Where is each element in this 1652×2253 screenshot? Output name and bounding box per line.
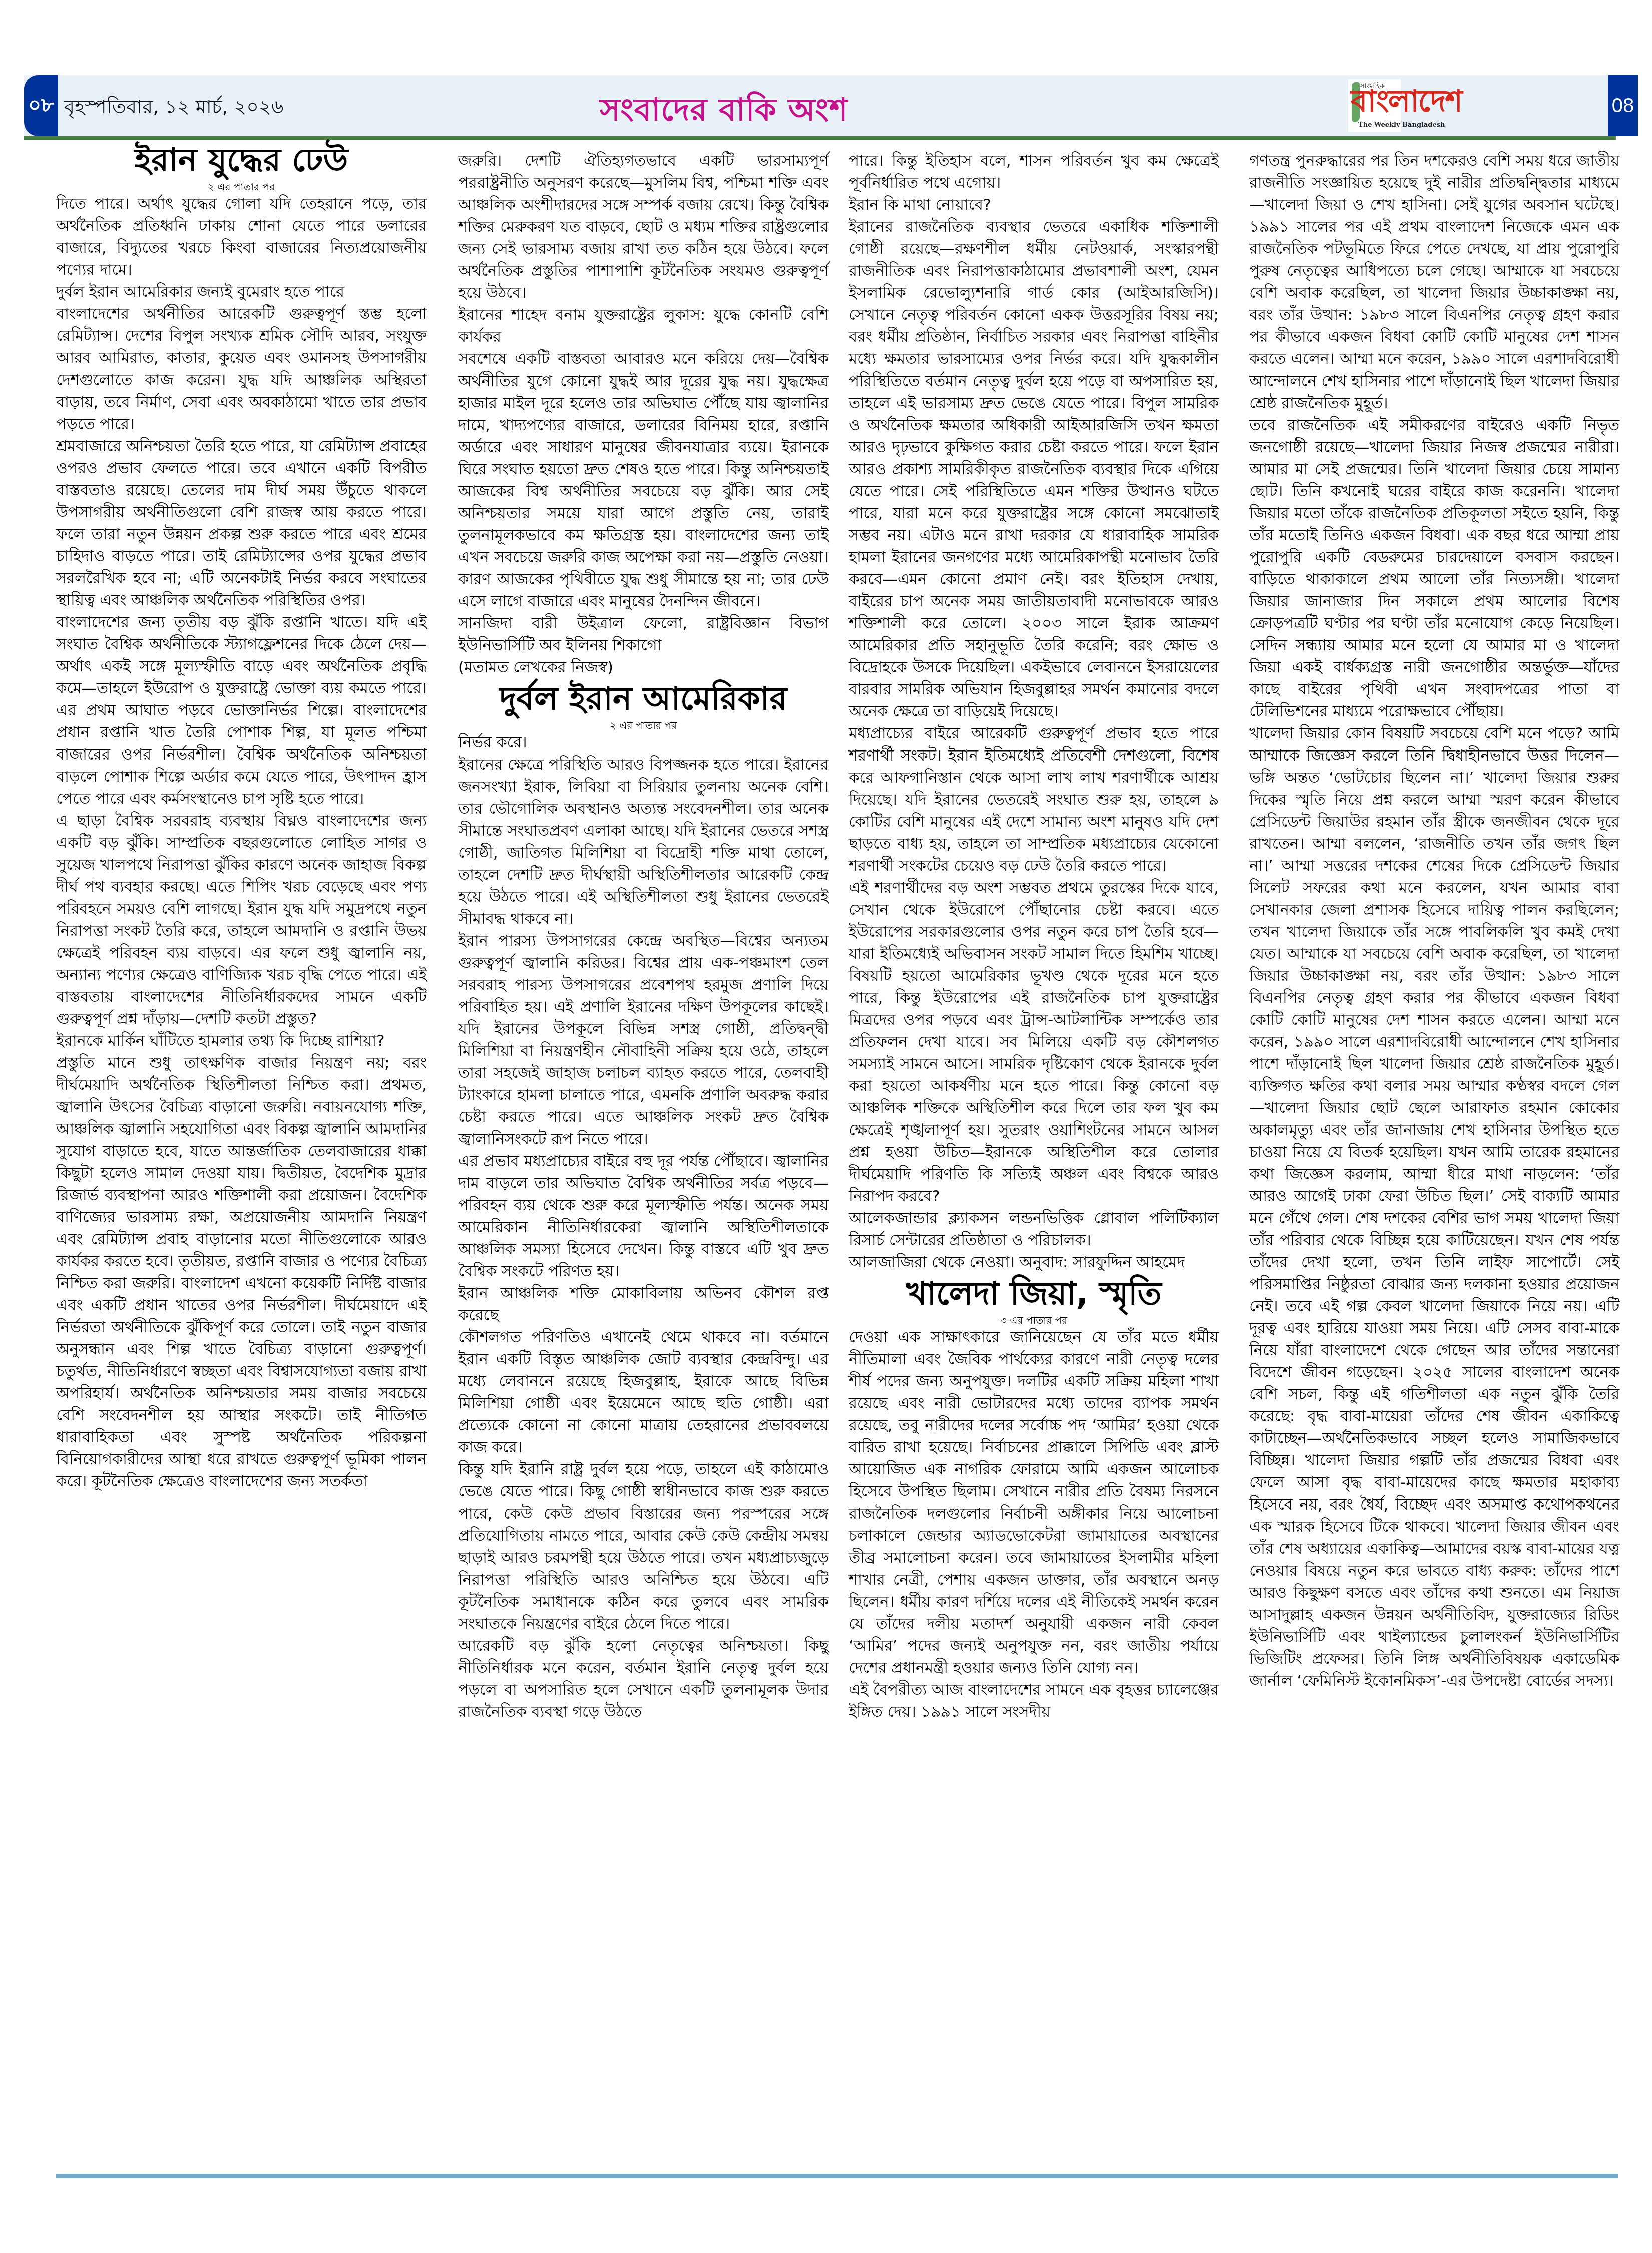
page-number-right: 08: [1608, 75, 1638, 136]
paragraph: এর প্রভাব মধ্যপ্রাচ্যের বাইরে বহু দূর পর…: [458, 1151, 829, 1283]
paragraph: শ্রমবাজারে অনিশ্চয়তা তৈরি হতে পারে, যা …: [56, 436, 427, 612]
author-bio: আলেকজান্ডার ক্ল্যাকসন লন্ডনভিত্তিক গ্লোব…: [849, 1208, 1219, 1252]
subheading: ইরান কি মাথা নোয়াবে?: [849, 194, 1219, 216]
translation-credit: আলজাজিরা থেকে নেওয়া। অনুবাদ: সারফুদ্দিন…: [849, 1252, 1219, 1274]
paragraph: প্রস্তুতি মানে শুধু তাৎক্ষণিক বাজার নিয়…: [56, 1052, 427, 1493]
paragraph: আরেকটি বড় ঝুঁকি হলো নেতৃত্বের অনিশ্চয়ত…: [458, 1635, 829, 1723]
subheading: ইরানের শাহেদ বনাম যুক্তরাষ্ট্রের লুকাস: …: [458, 304, 829, 348]
paragraph: তবে রাজনৈতিক এই সমীকরণের বাইরেও একটি নিভ…: [1249, 415, 1619, 723]
headline-khaleda: খালেদা জিয়া, স্মৃতি: [849, 1274, 1219, 1314]
logo-wordmark: বাংলাদেশ: [1351, 86, 1462, 116]
paragraph: নির্ভর করে।: [458, 732, 829, 754]
issue-date: বৃহস্পতিবার, ১২ মার্চ, ২০২৬: [64, 92, 283, 124]
continued-note: ২ এর পাতার পর: [458, 719, 829, 732]
paragraph: কিন্তু যদি ইরানি রাষ্ট্র দুর্বল হয়ে পড়…: [458, 1459, 829, 1635]
column-1: ইরান যুদ্ধের ঢেউ ২ এর পাতার পর দিতে পারে…: [56, 140, 427, 1493]
paragraph: এই বৈপরীত্য আজ বাংলাদেশের সামনে এক বৃহত্…: [849, 1679, 1219, 1723]
paragraph: জরুরি। দেশটি ঐতিহ্যগতভাবে একটি ভারসাম্যপ…: [458, 150, 829, 304]
headline-weak-iran: দুর্বল ইরান আমেরিকার: [458, 679, 829, 719]
paragraph: খালেদা জিয়ার কোন বিষয়টি সবচেয়ে বেশি ম…: [1249, 723, 1619, 1692]
paragraph: বাংলাদেশের জন্য তৃতীয় বড় ঝুঁকি রপ্তানি…: [56, 612, 427, 810]
page-header: ০৮ বৃহস্পতিবার, ১২ মার্চ, ২০২৬ সংবাদের ব…: [24, 75, 1616, 140]
subheading: ইরান আঞ্চলিক শক্তি মোকাবিলায় অভিনব কৌশল…: [458, 1283, 829, 1327]
continued-note: ২ এর পাতার পর: [56, 180, 427, 193]
paragraph: মধ্যপ্রাচ্যের বাইরে আরেকটি গুরুত্বপূর্ণ …: [849, 723, 1219, 877]
paragraph: পারে। কিন্তু ইতিহাস বলে, শাসন পরিবর্তন খ…: [849, 150, 1219, 194]
logo-english-name: The Weekly Bangladesh: [1358, 121, 1445, 129]
paragraph: সবশেষে একটি বাস্তবতা আবারও মনে করিয়ে দে…: [458, 348, 829, 613]
column-3: পারে। কিন্তু ইতিহাস বলে, শাসন পরিবর্তন খ…: [849, 150, 1219, 1723]
paragraph: ইরানের ক্ষেত্রে পরিস্থিতি আরও বিপজ্জনক হ…: [458, 754, 829, 930]
author-bio: সানজিদা বারী উইত্রাল ফেলো, রাষ্ট্রবিজ্ঞা…: [458, 613, 829, 657]
paragraph: ইরান পারস্য উপসাগরের কেন্দ্রে অবস্থিত—বি…: [458, 930, 829, 1151]
paragraph: দেওয়া এক সাক্ষাৎকারে জানিয়েছেন যে তাঁর…: [849, 1327, 1219, 1679]
paragraph: দিতে পারে। অর্থাৎ যুদ্ধের গোলা যদি তেহরা…: [56, 193, 427, 281]
headline-iran-war: ইরান যুদ্ধের ঢেউ: [56, 140, 427, 180]
continued-note: ৩ এর পাতার পর: [849, 1314, 1219, 1327]
paragraph: গণতন্ত্র পুনরুদ্ধারের পর তিন দশকেরও বেশি…: [1249, 150, 1619, 415]
section-title: সংবাদের বাকি অংশ: [600, 86, 848, 138]
column-2: জরুরি। দেশটি ঐতিহ্যগতভাবে একটি ভারসাম্যপ…: [458, 150, 829, 1723]
paragraph: এই শরণার্থীদের বড় অংশ সম্ভবত প্রথমে তুর…: [849, 877, 1219, 1208]
paragraph: ইরানের রাজনৈতিক ব্যবস্থার ভেতরে একাধিক শ…: [849, 216, 1219, 723]
paragraph: এ ছাড়া বৈশ্বিক সরবরাহ ব্যবস্থায় বিঘ্নও…: [56, 810, 427, 1030]
subheading: ইরানকে মার্কিন ঘাঁটিতে হামলার তথ্য কি দি…: [56, 1030, 427, 1052]
column-4: গণতন্ত্র পুনরুদ্ধারের পর তিন দশকেরও বেশি…: [1249, 150, 1619, 1692]
page-number-left: ০৮: [24, 75, 58, 136]
footer-rule: [56, 2174, 1618, 2178]
paragraph: বাংলাদেশের অর্থনীতির আরেকটি গুরুত্বপূর্ণ…: [56, 303, 427, 436]
opinion-disclaimer: (মতামত লেখকের নিজস্ব): [458, 657, 829, 679]
paragraph: কৌশলগত পরিণতিও এখানেই থেমে থাকবে না। বর্…: [458, 1327, 829, 1459]
subheading: দুর্বল ইরান আমেরিকার জন্যই বুমেরাং হতে প…: [56, 281, 427, 303]
